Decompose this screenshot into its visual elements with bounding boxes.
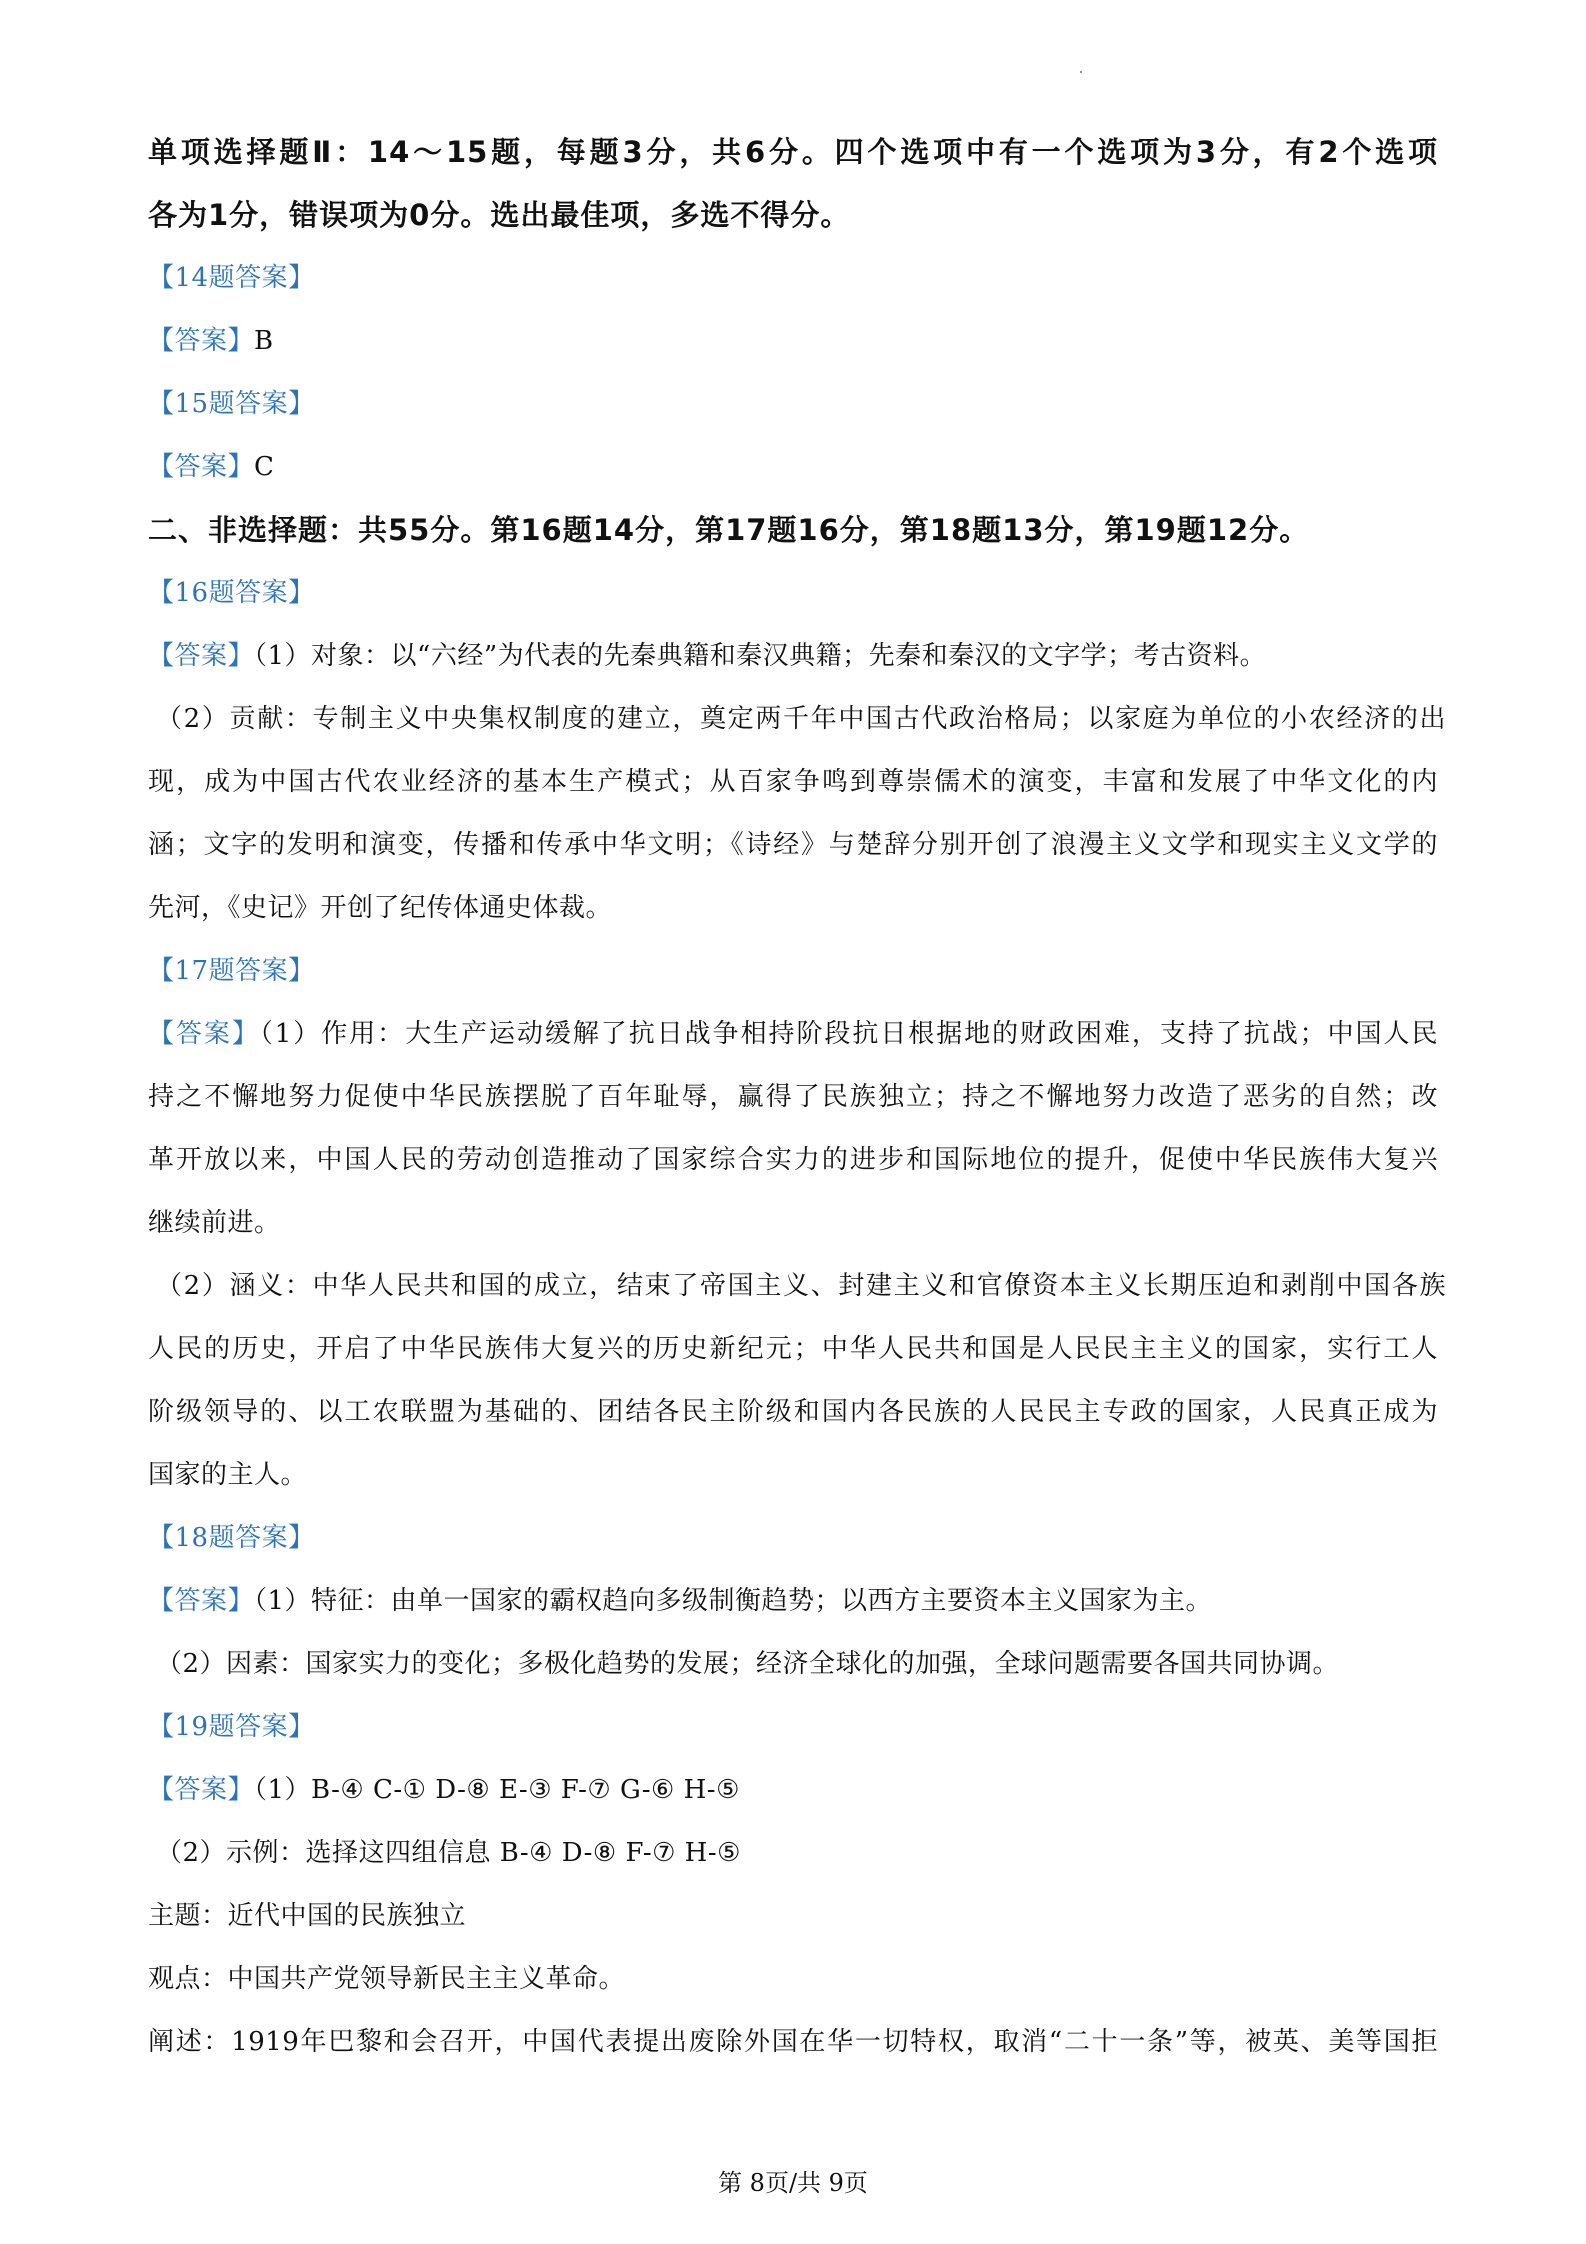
q16-p1-text: （1）对象：以“六经”为代表的先秦典籍和秦汉典籍；先秦和秦汉的文字学；考古资料。 <box>254 641 1266 671</box>
q18-header: 【18题答案】 <box>148 1518 1448 1558</box>
q18-p2: （2）因素：国家实力的变化；多极化趋势的发展；经济全球化的加强，全球问题需要各国… <box>156 1644 1456 1684</box>
q15-answer: 【答案】C <box>148 447 1448 487</box>
q18-answer-p1: 【答案】（1）特征：由单一国家的霸权趋向多级制衡趋势；以西方主要资本主义国家为主… <box>148 1581 1448 1621</box>
q15-header: 【15题答案】 <box>148 384 1448 424</box>
q15-answer-value: C <box>254 452 274 482</box>
q16-header: 【16题答案】 <box>148 573 1448 613</box>
scan-artifact-dot <box>1080 71 1082 73</box>
answer-tag: 【答案】 <box>148 452 254 482</box>
q16-answer-p1: 【答案】（1）对象：以“六经”为代表的先秦典籍和秦汉典籍；先秦和秦汉的文字学；考… <box>148 636 1448 676</box>
page-number: 第 8页/共 9页 <box>0 2166 1586 2200</box>
q17-p2-line: （2）涵义：中华人民共和国的成立，结束了帝国主义、封建主义和官僚资本主义长期压迫… <box>156 1266 1446 1306</box>
document-page: 单项选择题Ⅱ：14～15题，每题3分，共6分。四个选项中有一个选项为3分，有2个… <box>0 0 1586 2244</box>
q16-p2-line: 涵；文字的发明和演变，传播和传承中华文明；《诗经》与楚辞分别开创了浪漫主义文学和… <box>148 825 1438 865</box>
q19-header: 【19题答案】 <box>148 1707 1448 1747</box>
answer-tag: 【答案】 <box>148 641 254 671</box>
section-non-choice-title: 二、非选择题：共55分。第16题14分，第17题16分，第18题13分，第19题… <box>148 510 1448 550</box>
section-single-choice-intro-line1: 单项选择题Ⅱ：14～15题，每题3分，共6分。四个选项中有一个选项为3分，有2个… <box>148 132 1438 172</box>
q17-p1-line: 革开放以来，中国人民的劳动创造推动了国家综合实力的进步和国际地位的提升，促使中华… <box>148 1140 1438 1180</box>
q17-p2-line: 国家的主人。 <box>148 1455 1448 1495</box>
q17-p2-line: 人民的历史，开启了中华民族伟大复兴的历史新纪元；中华人民共和国是人民民主主义的国… <box>148 1329 1438 1369</box>
q16-p2-line: （2）贡献：专制主义中央集权制度的建立，奠定两千年中国古代政治格局；以家庭为单位… <box>156 699 1446 739</box>
q17-answer-p1: 【答案】（1）作用：大生产运动缓解了抗日战争相持阶段抗日根据地的财政困难，支持了… <box>148 1014 1438 1054</box>
q19-p1-text: （1）B-④ C-① D-⑧ E-③ F-⑦ G-⑥ H-⑤ <box>254 1775 740 1805</box>
q16-p2-line: 现，成为中国古代农业经济的基本生产模式；从百家争鸣到尊崇儒术的演变，丰富和发展了… <box>148 762 1438 802</box>
section-single-choice-intro-line2: 各为1分，错误项为0分。选出最佳项，多选不得分。 <box>148 195 1448 235</box>
q19-viewpoint: 观点：中国共产党领导新民主主义革命。 <box>148 1959 1448 1999</box>
q17-p1-line: 持之不懈地努力促使中华民族摆脱了百年耻辱，赢得了民族独立；持之不懈地努力改造了恶… <box>148 1077 1438 1117</box>
q17-p1-line: 继续前进。 <box>148 1203 1448 1243</box>
answer-tag: 【答案】 <box>148 1019 260 1049</box>
q16-p2-line: 先河，《史记》开创了纪传体通史体裁。 <box>148 888 1448 928</box>
q14-header: 【14题答案】 <box>148 258 1448 298</box>
q17-p2-line: 阶级领导的、以工农联盟为基础的、团结各民主阶级和国内各民族的人民民主专政的国家，… <box>148 1392 1438 1432</box>
q18-p1-text: （1）特征：由单一国家的霸权趋向多级制衡趋势；以西方主要资本主义国家为主。 <box>254 1586 1212 1616</box>
q17-header: 【17题答案】 <box>148 951 1448 991</box>
answer-tag: 【答案】 <box>148 1586 254 1616</box>
q19-theme: 主题：近代中国的民族独立 <box>148 1896 1448 1936</box>
q19-answer-p1: 【答案】（1）B-④ C-① D-⑧ E-③ F-⑦ G-⑥ H-⑤ <box>148 1770 1448 1810</box>
q19-elaboration: 阐述：1919年巴黎和会召开，中国代表提出废除外国在华一切特权，取消“二十一条”… <box>148 2022 1438 2062</box>
answer-tag: 【答案】 <box>148 326 254 356</box>
q19-p2: （2）示例：选择这四组信息 B-④ D-⑧ F-⑦ H-⑤ <box>156 1833 1456 1873</box>
q14-answer: 【答案】B <box>148 321 1448 361</box>
q17-p1-line: （1）作用：大生产运动缓解了抗日战争相持阶段抗日根据地的财政困难，支持了抗战；中… <box>260 1019 1438 1049</box>
q14-answer-value: B <box>254 326 274 356</box>
answer-tag: 【答案】 <box>148 1775 254 1805</box>
